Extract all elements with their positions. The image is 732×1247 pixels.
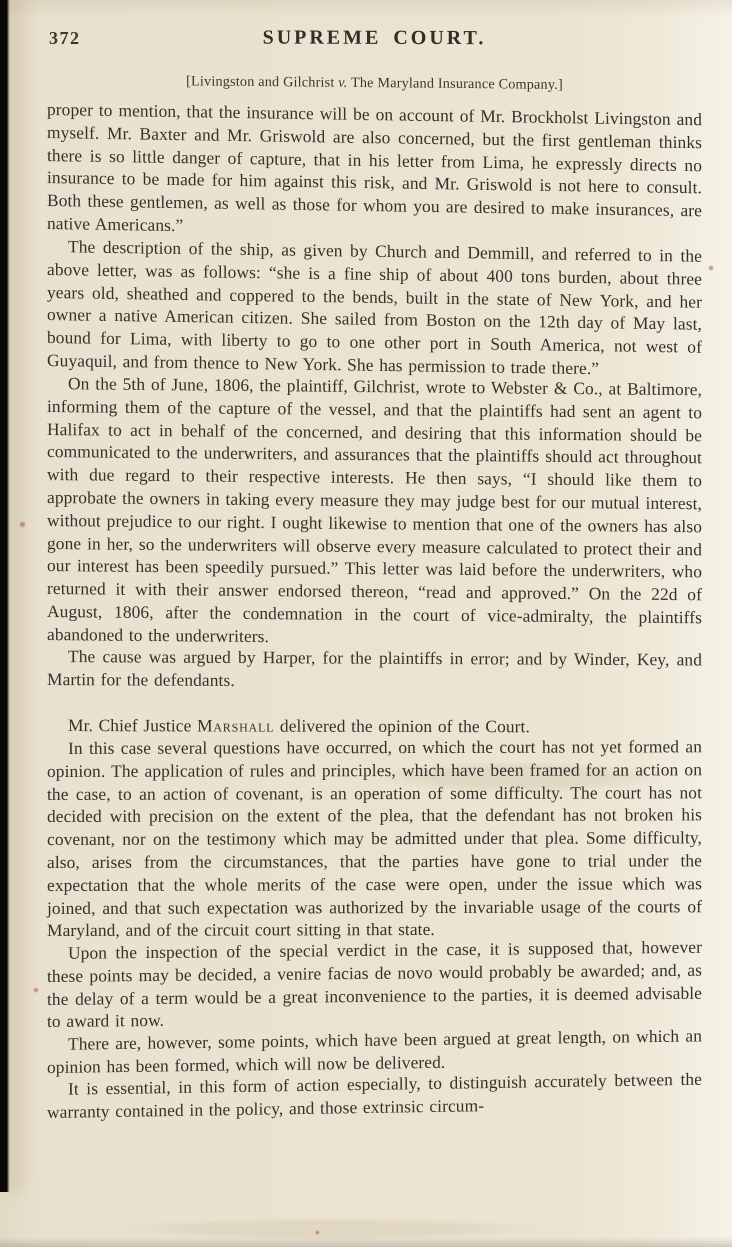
body-paragraph: proper to mention, that the insurance wi… <box>47 98 702 245</box>
case-caption-close: The Maryland Insurance Company.] <box>347 75 562 93</box>
scan-edge-shadow <box>0 0 10 1192</box>
opinion-heading-prefix: Mr. Chief Justice <box>68 715 197 735</box>
case-caption: [Livingston and Gilchrist v. The Marylan… <box>47 72 702 95</box>
body-paragraph: Upon the inspection of the special verdi… <box>47 935 702 1032</box>
show-through-blotch <box>120 1218 540 1240</box>
body-paragraph: In this case several questions have occu… <box>47 735 702 942</box>
page-header: 372 SUPREME COURT. <box>47 26 702 52</box>
case-caption-open: [Livingston and Gilchrist <box>186 73 338 90</box>
foxing-stain <box>708 265 714 271</box>
foxing-stain <box>315 1230 320 1235</box>
foxing-stain <box>19 521 26 528</box>
body-paragraph: On the 5th of June, 1806, the plaintiff,… <box>47 372 702 652</box>
running-head: SUPREME COURT. <box>47 26 702 51</box>
body-paragraph: The description of the ship, as given by… <box>47 235 702 381</box>
body-paragraph: It is essential, in this form of action … <box>47 1068 702 1124</box>
page-content: 372 SUPREME COURT. [Livingston and Gilch… <box>47 26 702 1124</box>
foxing-stain <box>33 987 39 993</box>
body-paragraph: The cause was argued by Harper, for the … <box>47 645 702 694</box>
scanned-page: 372 SUPREME COURT. [Livingston and Gilch… <box>0 0 732 1247</box>
justice-name: Marshall <box>197 715 274 735</box>
opinion-heading-suffix: delivered the opinion of the Court. <box>274 715 530 736</box>
opinion-body: proper to mention, that the insurance wi… <box>47 98 702 1124</box>
